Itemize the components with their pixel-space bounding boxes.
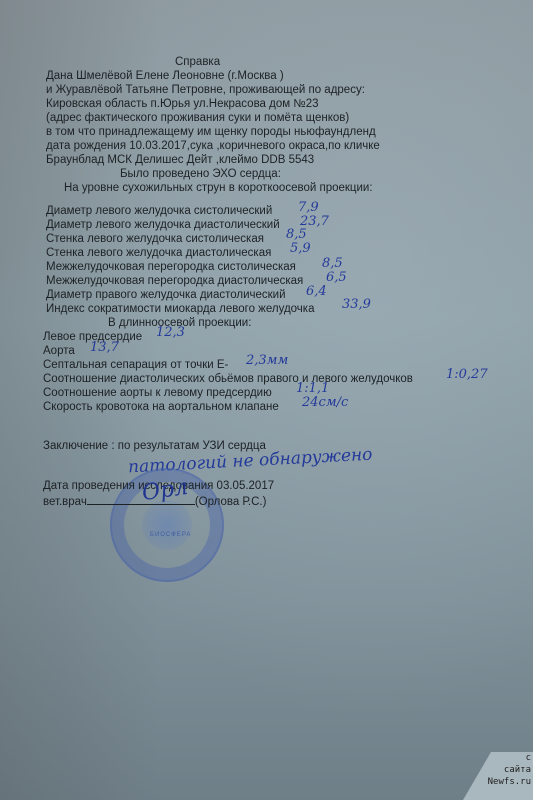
measurement-value: 8,5: [286, 228, 307, 242]
measurement-label: Межжелудочковая перегородка диастолическ…: [46, 275, 303, 288]
measurement-label: Индекс сократимости миокарда левого желу…: [46, 303, 314, 316]
vet-name: (Орлова Р.С.): [195, 496, 267, 508]
measurement-label: Диаметр левого желудочка систолический: [46, 205, 272, 218]
measurement-value: 33,9: [342, 298, 371, 312]
vet-label-text: вет.врач: [43, 496, 87, 508]
measurement-label: Соотношение аорты к левому предсердию: [43, 387, 272, 400]
measurement-value: 1:1,1: [296, 382, 329, 396]
measurement-label: Стенка левого желудочка диастолическая: [46, 247, 271, 260]
measurement-value: 1:0,27: [446, 368, 488, 382]
document-title: Справка: [175, 56, 220, 69]
measurement-value: 2,3мм: [246, 354, 288, 368]
measurement-value: 8,5: [322, 257, 343, 271]
header-line: Браунблад МСК Делишес Дейт ,клеймо DDB 5…: [46, 154, 314, 167]
measurement-value: 5,9: [290, 242, 311, 256]
header-line: Кировская область п.Юрья ул.Некрасова до…: [46, 98, 318, 111]
header-line: в том что принадлежащему им щенку породы…: [46, 126, 376, 139]
header-line: Дана Шмелёвой Елене Леоновне (г.Москва ): [46, 70, 284, 83]
measurement-value: 12,3: [156, 326, 185, 340]
header-line: и Журавлёвой Татьяне Петровне, проживающ…: [46, 84, 365, 97]
measurement-value: 6,5: [326, 271, 347, 285]
short-axis-title: На уровне сухожильных струн в короткоосе…: [64, 182, 373, 195]
measurement-label: Межжелудочковая перегородка систолическа…: [46, 261, 296, 274]
measurement-label: Септальная сепарация от точки Е-: [43, 359, 228, 372]
measurement-label: Диаметр левого желудочка диастолический: [46, 219, 280, 232]
measurement-label: Соотношение диастолических обьёмов право…: [43, 373, 413, 386]
echo-title: Было проведено ЭХО сердца:: [120, 168, 281, 181]
measurement-label: Аорта: [43, 345, 75, 358]
header-line: (адрес фактического проживания суки и по…: [46, 112, 349, 125]
measurement-value: 24см/с: [302, 396, 348, 410]
measurement-value: 13,7: [90, 341, 119, 355]
measurement-label: Диаметр правого желудочка диастолический: [46, 289, 286, 302]
header-line: дата рождения 10.03.2017,сука ,коричнево…: [46, 140, 380, 153]
measurement-value: 7,9: [298, 201, 319, 215]
measurement-label: Стенка левого желудочка систолическая: [46, 233, 264, 246]
measurement-value: 6,4: [306, 285, 327, 299]
measurement-label: Скорость кровотока на аортальном клапане: [43, 401, 279, 414]
stamp-text: БИОСФЕРА: [150, 532, 191, 538]
medical-certificate: Справка Дана Шмелёвой Елене Леоновне (г.…: [0, 0, 533, 800]
